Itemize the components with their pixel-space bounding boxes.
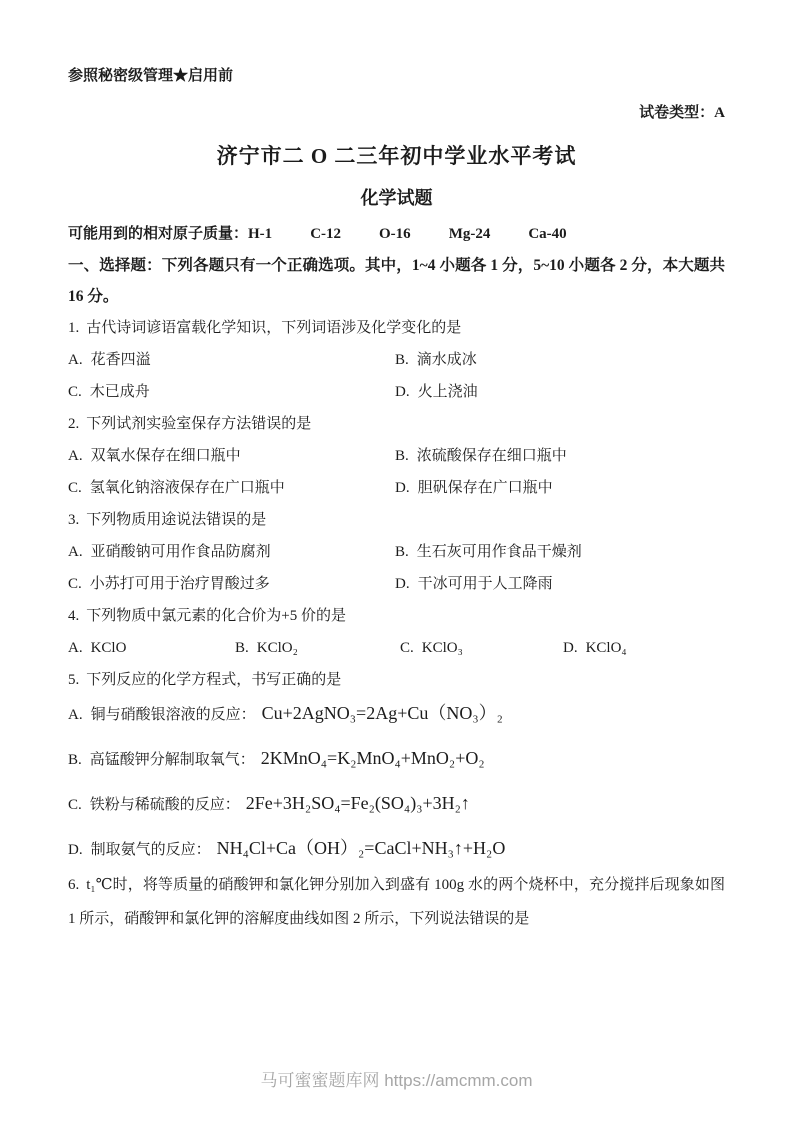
option-text: 干冰可用于人工降雨 (418, 576, 553, 592)
option-text: 铁粉与稀硫酸的反应： (90, 797, 240, 813)
question-5: 5.下列反应的化学方程式，书写正确的是 A.铜与硝酸银溶液的反应：Cu+2AgN… (68, 664, 725, 872)
chemical-equation: 2Fe+3H₂SO₄=Fe₂(SO₄)₃+3H₂↑ (246, 793, 470, 813)
option-label: B. (395, 544, 409, 560)
option-label: A. (68, 352, 83, 368)
options: A.亚硝酸钠可用作食品防腐剂 B.生石灰可用作食品干燥剂 C.小苏打可用于治疗胃… (68, 536, 725, 600)
option-label: A. (68, 707, 83, 723)
option-label: B. (235, 640, 249, 656)
question-6: 6.t₁℃时，将等质量的硝酸钾和氯化钾分别加入到盛有 100g 水的两个烧杯中，… (68, 868, 725, 936)
option-label: B. (395, 352, 409, 368)
question-stem-text: 下列物质用途说法错误的是 (86, 512, 266, 528)
option-label: C. (68, 797, 82, 813)
option-label: D. (395, 384, 410, 400)
question-number: 1. (68, 320, 79, 336)
option-b: B.浓硫酸保存在细口瓶中 (395, 440, 725, 472)
option-a: A.KClO (68, 632, 235, 664)
option-label: C. (68, 576, 82, 592)
option-a: A.亚硝酸钠可用作食品防腐剂 (68, 536, 395, 568)
question-stem: 2.下列试剂实验室保存方法错误的是 (68, 408, 725, 440)
exam-subtitle: 化学试题 (68, 186, 725, 210)
options: A.铜与硝酸银溶液的反应：Cu+2AgNO₃=2Ag+Cu（NO₃）₂ B.高锰… (68, 692, 725, 872)
option-d: D.火上浇油 (395, 376, 725, 408)
option-text: 氢氧化钠溶液保存在广口瓶中 (90, 480, 285, 496)
question-stem-text: 下列反应的化学方程式，书写正确的是 (86, 672, 341, 688)
option-text: 生石灰可用作食品干燥剂 (417, 544, 582, 560)
question-stem: 4.下列物质中氯元素的化合价为+5 价的是 (68, 600, 725, 632)
options: A.花香四溢 B.滴水成冰 C.木已成舟 D.火上浇油 (68, 344, 725, 408)
option-d: D.干冰可用于人工降雨 (395, 568, 725, 600)
question-stem: 6.t₁℃时，将等质量的硝酸钾和氯化钾分别加入到盛有 100g 水的两个烧杯中，… (68, 868, 725, 936)
option-a: A.双氧水保存在细口瓶中 (68, 440, 395, 472)
question-stem-text: 下列物质中氯元素的化合价为+5 价的是 (86, 608, 346, 624)
option-text: 浓硫酸保存在细口瓶中 (417, 448, 567, 464)
footer-watermark: 马可蜜蜜题库网 https://amcmm.com (0, 1066, 793, 1091)
option-c: C.KClO₃ (400, 632, 563, 664)
option-label: B. (395, 448, 409, 464)
paper-type: 试卷类型：A (68, 103, 725, 123)
question-number: 3. (68, 512, 79, 528)
option-b: B.高锰酸钾分解制取氧气：2KMnO₄=K₂MnO₄+MnO₂+O₂ (68, 737, 725, 782)
question-number: 2. (68, 416, 79, 432)
question-stem: 3.下列物质用途说法错误的是 (68, 504, 725, 536)
question-3: 3.下列物质用途说法错误的是 A.亚硝酸钠可用作食品防腐剂 B.生石灰可用作食品… (68, 504, 725, 600)
question-2: 2.下列试剂实验室保存方法错误的是 A.双氧水保存在细口瓶中 B.浓硫酸保存在细… (68, 408, 725, 504)
atomic-mass-label: 可能用到的相对原子质量： (68, 226, 248, 242)
question-number: 6. (68, 877, 79, 893)
atomic-mass-value: C-12 (310, 226, 341, 242)
option-label: B. (68, 752, 82, 768)
options: A.双氧水保存在细口瓶中 B.浓硫酸保存在细口瓶中 C.氢氧化钠溶液保存在广口瓶… (68, 440, 725, 504)
option-text: 亚硝酸钠可用作食品防腐剂 (91, 544, 271, 560)
option-label: A. (68, 448, 83, 464)
option-text: KClO₃ (422, 640, 463, 656)
option-text: 制取氨气的反应： (91, 842, 211, 858)
atomic-mass-note: 可能用到的相对原子质量：H-1C-12O-16Mg-24Ca-40 (68, 223, 725, 245)
question-stem-text: 古代诗词谚语富载化学知识，下列词语涉及化学变化的是 (86, 320, 461, 336)
option-text: 胆矾保存在广口瓶中 (418, 480, 553, 496)
option-c: C.氢氧化钠溶液保存在广口瓶中 (68, 472, 395, 504)
option-c: C.小苏打可用于治疗胃酸过多 (68, 568, 395, 600)
atomic-mass-value: Ca-40 (528, 226, 566, 242)
option-label: C. (400, 640, 414, 656)
option-text: KClO (91, 640, 127, 656)
option-text: 木已成舟 (90, 384, 150, 400)
question-stem-text: 下列试剂实验室保存方法错误的是 (86, 416, 311, 432)
question-number: 4. (68, 608, 79, 624)
option-label: C. (68, 384, 82, 400)
option-label: D. (68, 842, 83, 858)
option-c: C.木已成舟 (68, 376, 395, 408)
option-c: C.铁粉与稀硫酸的反应：2Fe+3H₂SO₄=Fe₂(SO₄)₃+3H₂↑ (68, 782, 725, 827)
options: A.KClO B.KClO₂ C.KClO₃ D.KClO₄ (68, 632, 725, 664)
question-1: 1.古代诗词谚语富载化学知识，下列词语涉及化学变化的是 A.花香四溢 B.滴水成… (68, 312, 725, 408)
option-label: D. (563, 640, 578, 656)
option-label: D. (395, 480, 410, 496)
option-label: A. (68, 544, 83, 560)
atomic-mass-value: H-1 (248, 226, 272, 242)
option-d: D.胆矾保存在广口瓶中 (395, 472, 725, 504)
question-number: 5. (68, 672, 79, 688)
chemical-equation: 2KMnO₄=K₂MnO₄+MnO₂+O₂ (261, 748, 485, 768)
atomic-mass-value: Mg-24 (449, 226, 491, 242)
option-b: B.生石灰可用作食品干燥剂 (395, 536, 725, 568)
option-text: KClO₂ (257, 640, 298, 656)
option-a: A.花香四溢 (68, 344, 395, 376)
question-stem-text: t₁℃时，将等质量的硝酸钾和氯化钾分别加入到盛有 100g 水的两个烧杯中，充分… (68, 877, 725, 927)
atomic-mass-value: O-16 (379, 226, 411, 242)
question-4: 4.下列物质中氯元素的化合价为+5 价的是 A.KClO B.KClO₂ C.K… (68, 600, 725, 664)
option-label: C. (68, 480, 82, 496)
option-text: 高锰酸钾分解制取氧气： (90, 752, 255, 768)
section-header: 一、选择题：下列各题只有一个正确选项。其中，1~4 小题各 1 分，5~10 小… (68, 250, 725, 312)
option-d: D.KClO₄ (563, 632, 725, 664)
option-text: 滴水成冰 (417, 352, 477, 368)
option-text: 小苏打可用于治疗胃酸过多 (90, 576, 270, 592)
question-stem: 1.古代诗词谚语富载化学知识，下列词语涉及化学变化的是 (68, 312, 725, 344)
option-text: 双氧水保存在细口瓶中 (91, 448, 241, 464)
exam-paper: 参照秘密级管理★启用前 试卷类型：A 济宁市二 O 二三年初中学业水平考试 化学… (0, 66, 793, 936)
option-b: B.KClO₂ (235, 632, 400, 664)
chemical-equation: NH₄Cl+Ca（OH）₂=CaCl+NH₃↑+H₂O (217, 838, 506, 858)
option-text: KClO₄ (586, 640, 627, 656)
option-a: A.铜与硝酸银溶液的反应：Cu+2AgNO₃=2Ag+Cu（NO₃）₂ (68, 692, 725, 737)
option-b: B.滴水成冰 (395, 344, 725, 376)
option-d: D.制取氨气的反应：NH₄Cl+Ca（OH）₂=CaCl+NH₃↑+H₂O (68, 827, 725, 872)
chemical-equation: Cu+2AgNO₃=2Ag+Cu（NO₃）₂ (262, 703, 503, 723)
option-text: 花香四溢 (91, 352, 151, 368)
security-notice: 参照秘密级管理★启用前 (68, 66, 725, 86)
option-text: 铜与硝酸银溶液的反应： (91, 707, 256, 723)
option-text: 火上浇油 (418, 384, 478, 400)
option-label: A. (68, 640, 83, 656)
option-label: D. (395, 576, 410, 592)
exam-title: 济宁市二 O 二三年初中学业水平考试 (68, 143, 725, 169)
